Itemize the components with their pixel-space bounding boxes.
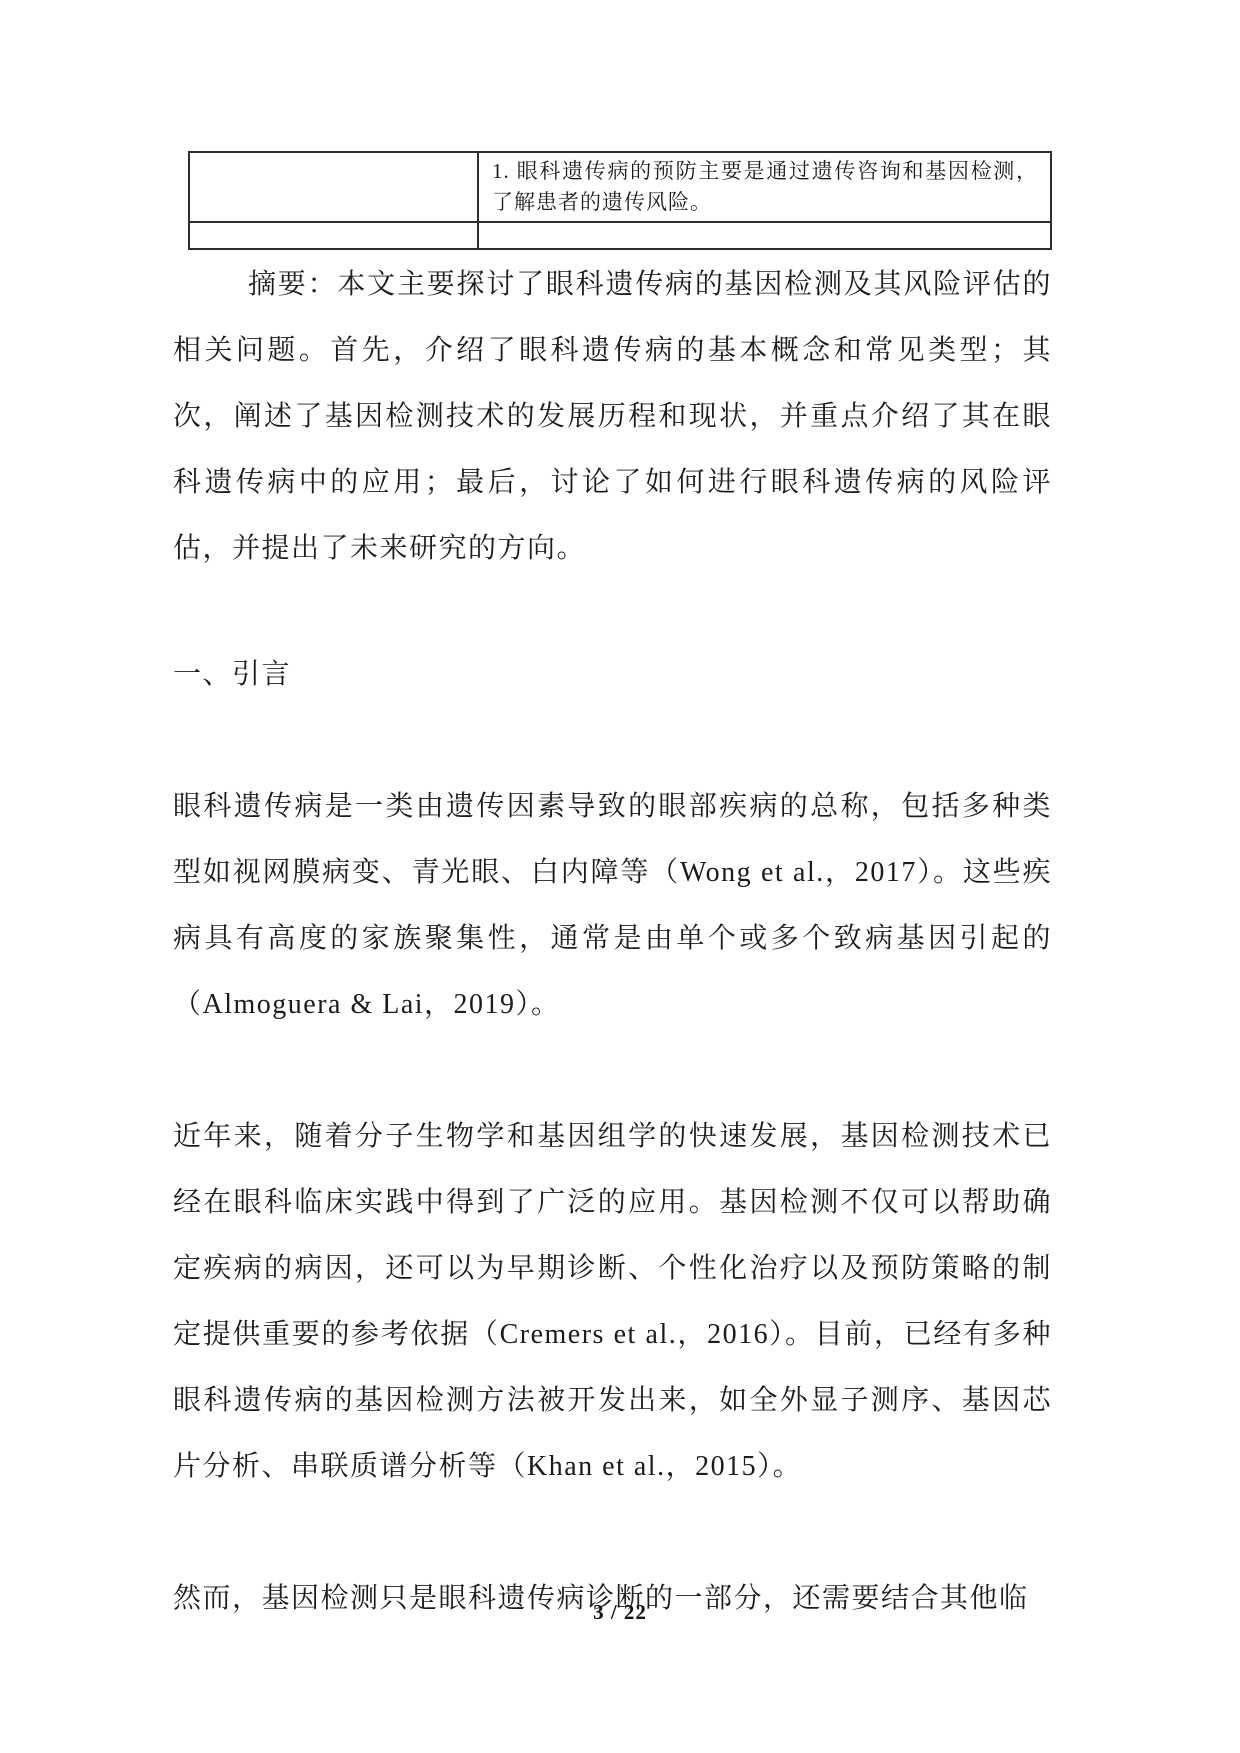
- note-table-cell-empty-right-2: [478, 222, 1051, 249]
- document-page: 1. 眼科遗传病的预防主要是通过遗传咨询和基因检测，了解患者的遗传风险。 摘要：…: [0, 0, 1240, 1753]
- table-row: [189, 222, 1051, 249]
- page-content: 1. 眼科遗传病的预防主要是通过遗传咨询和基因检测，了解患者的遗传风险。 摘要：…: [173, 151, 1052, 1632]
- page-number: 3 / 22: [0, 1600, 1240, 1625]
- note-table-cell-empty-left-2: [189, 222, 478, 249]
- note-table-body: 1. 眼科遗传病的预防主要是通过遗传咨询和基因检测，了解患者的遗传风险。: [189, 152, 1051, 249]
- body-paragraph-2: 近年来，随着分子生物学和基因组学的快速发展，基因检测技术已经在眼科临床实践中得到…: [173, 1104, 1052, 1500]
- body-paragraph-1: 眼科遗传病是一类由遗传因素导致的眼部疾病的总称，包括多种类型如视网膜病变、青光眼…: [173, 774, 1052, 1038]
- note-table-cell-empty-left: [189, 152, 478, 222]
- section-heading-introduction: 一、引言: [173, 642, 1052, 708]
- note-table-cell-note: 1. 眼科遗传病的预防主要是通过遗传咨询和基因检测，了解患者的遗传风险。: [478, 152, 1051, 222]
- table-row: 1. 眼科遗传病的预防主要是通过遗传咨询和基因检测，了解患者的遗传风险。: [189, 152, 1051, 222]
- abstract-paragraph: 摘要：本文主要探讨了眼科遗传病的基因检测及其风险评估的相关问题。首先，介绍了眼科…: [173, 252, 1052, 582]
- note-table: 1. 眼科遗传病的预防主要是通过遗传咨询和基因检测，了解患者的遗传风险。: [188, 151, 1052, 250]
